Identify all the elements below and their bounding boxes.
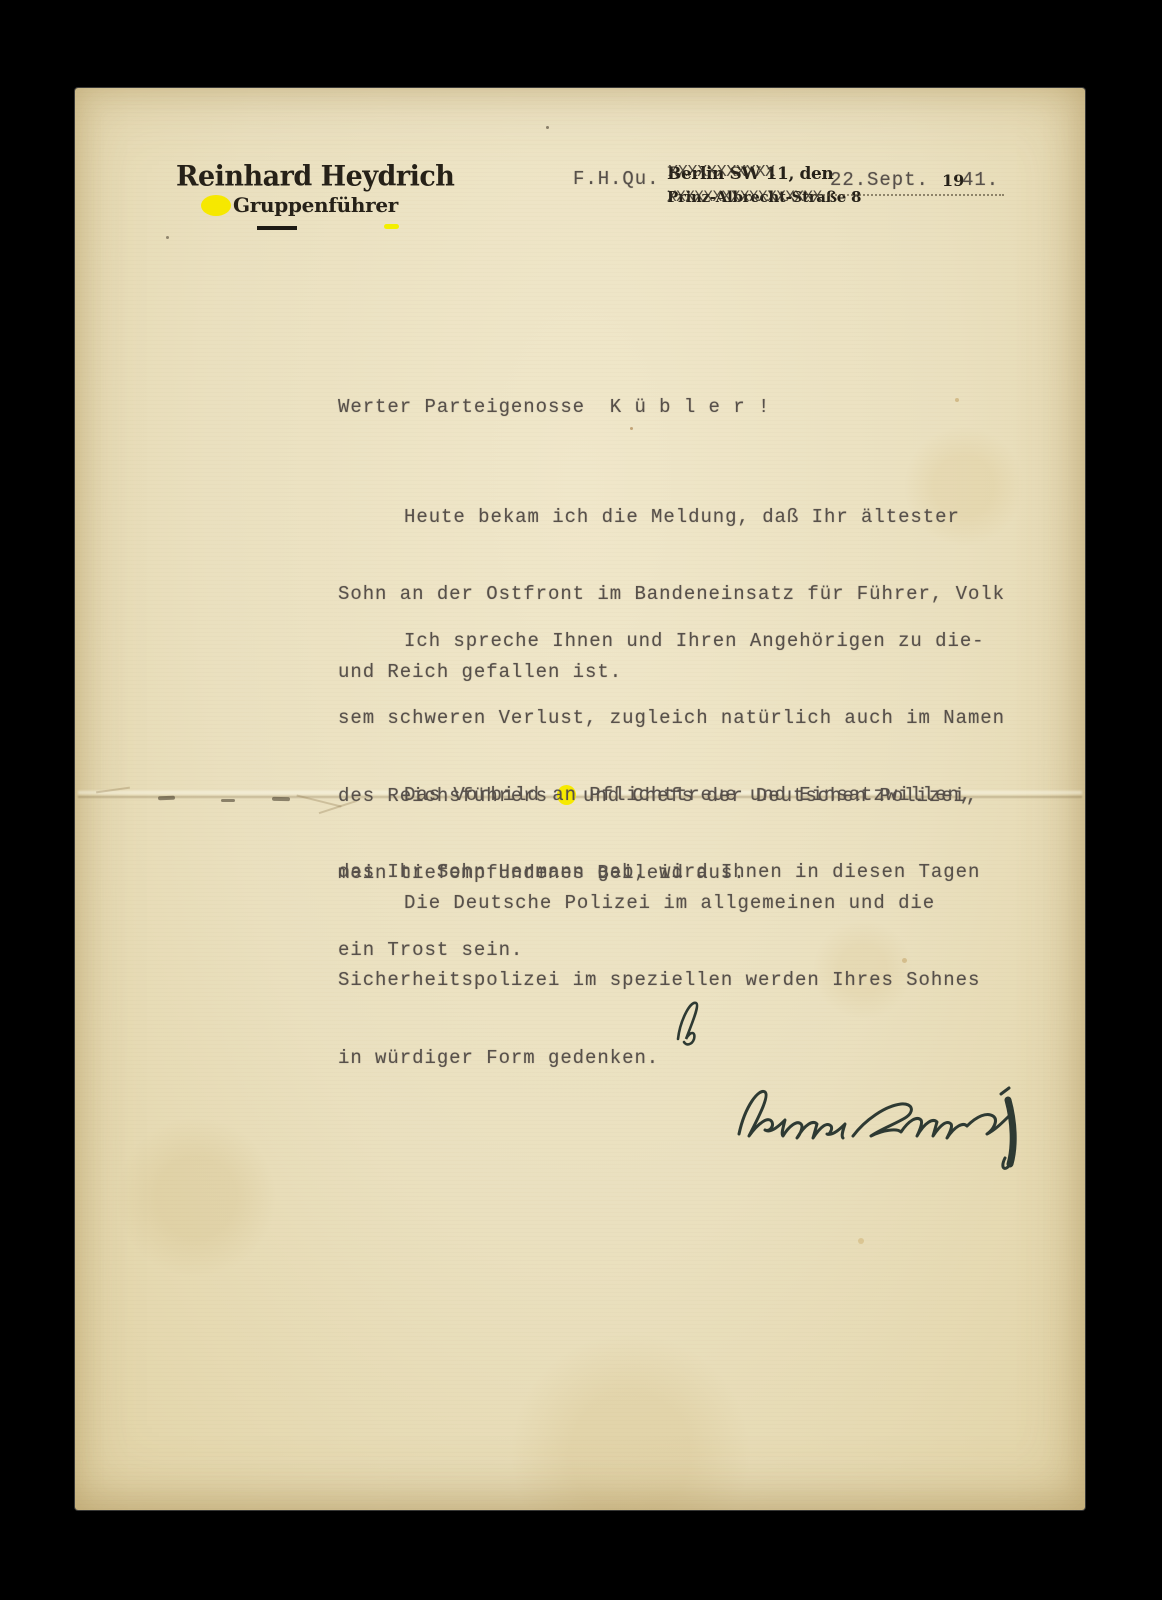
letterhead-rule <box>257 226 297 230</box>
year-printed: 19 <box>942 171 964 190</box>
speck <box>166 236 169 239</box>
handwritten-mark <box>662 993 710 1051</box>
redaction-blob-rank <box>201 195 231 216</box>
body-line: Das Vorbild an Pflichttreue und Einsatzw… <box>338 784 980 817</box>
speck <box>546 126 549 129</box>
body-line: Sicherheitspolizei im speziellen werden … <box>338 969 980 1002</box>
year-typed: 41. <box>962 169 999 191</box>
city-strikeover: XXXXXXXXXXX <box>668 163 775 182</box>
scanned-letter-photo: Reinhard Heydrich Gruppenführer F.H.Qu. … <box>0 0 1162 1600</box>
field-hq-label: F.H.Qu. <box>573 168 659 190</box>
redaction-dash <box>384 224 399 229</box>
stain <box>858 1238 864 1244</box>
letterhead-name: Reinhard Heydrich <box>176 160 454 192</box>
body-line: sem schweren Verlust, zugleich natürlich… <box>338 707 1005 740</box>
signature-reinhard-heydrich <box>725 1072 1035 1172</box>
street-strikeover: XXXXXXXXXXXXXXXXX <box>667 188 822 206</box>
fold-mark <box>158 796 175 801</box>
fold-mark <box>221 799 235 802</box>
letterhead-rank: Gruppenführer <box>233 193 398 217</box>
body-line: Heute bekam ich die Meldung, daß Ihr ält… <box>338 506 1005 539</box>
stain <box>955 398 959 402</box>
salutation: Werter Parteigenosse K ü b l e r ! <box>338 396 770 418</box>
body-line: Die Deutsche Polizei im allgemeinen und … <box>338 892 980 925</box>
body-line: Ich spreche Ihnen und Ihren Angehörigen … <box>338 630 1005 663</box>
speck <box>630 427 633 430</box>
fold-mark <box>272 797 290 801</box>
date-typed: 22.Sept. <box>830 169 929 191</box>
